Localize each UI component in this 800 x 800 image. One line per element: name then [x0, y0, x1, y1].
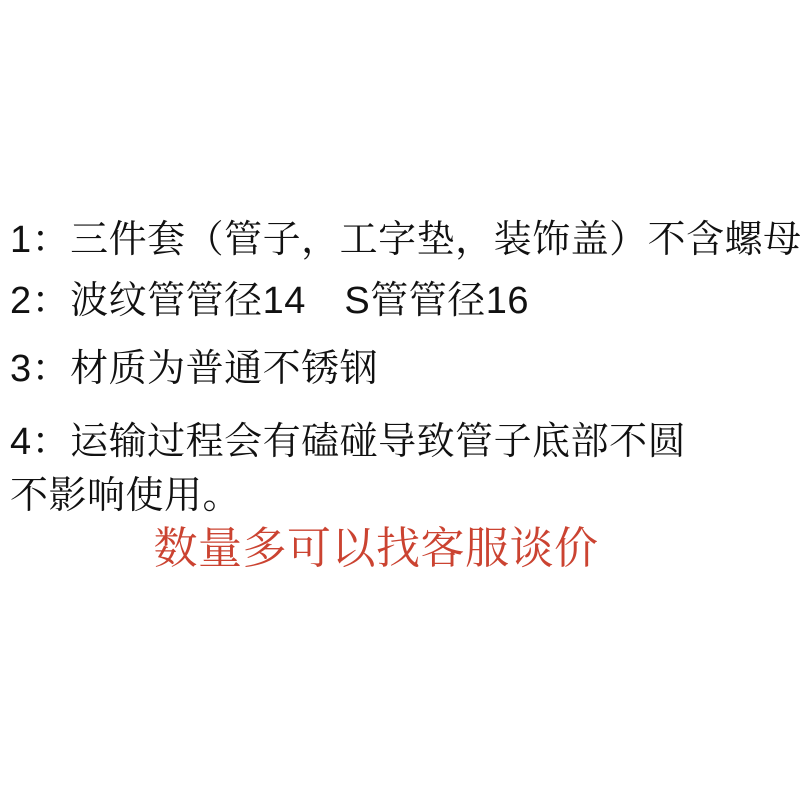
note-line-4-continuation: 不影响使用。 [10, 473, 241, 521]
note-line-4: 4：运输过程会有磕碰导致管子底部不圆 [10, 419, 686, 467]
note-highlight-bargain: 数量多可以找客服谈价 [0, 521, 800, 576]
note-line-1: 1：三件套（管子，工字垫，装饰盖）不含螺母 [10, 217, 800, 265]
note-line-2: 2：波纹管管径14 S管管径16 [10, 278, 529, 326]
note-line-3: 3：材质为普通不锈钢 [10, 346, 378, 394]
product-note-image: 1：三件套（管子，工字垫，装饰盖）不含螺母 2：波纹管管径14 S管管径16 3… [0, 0, 800, 800]
